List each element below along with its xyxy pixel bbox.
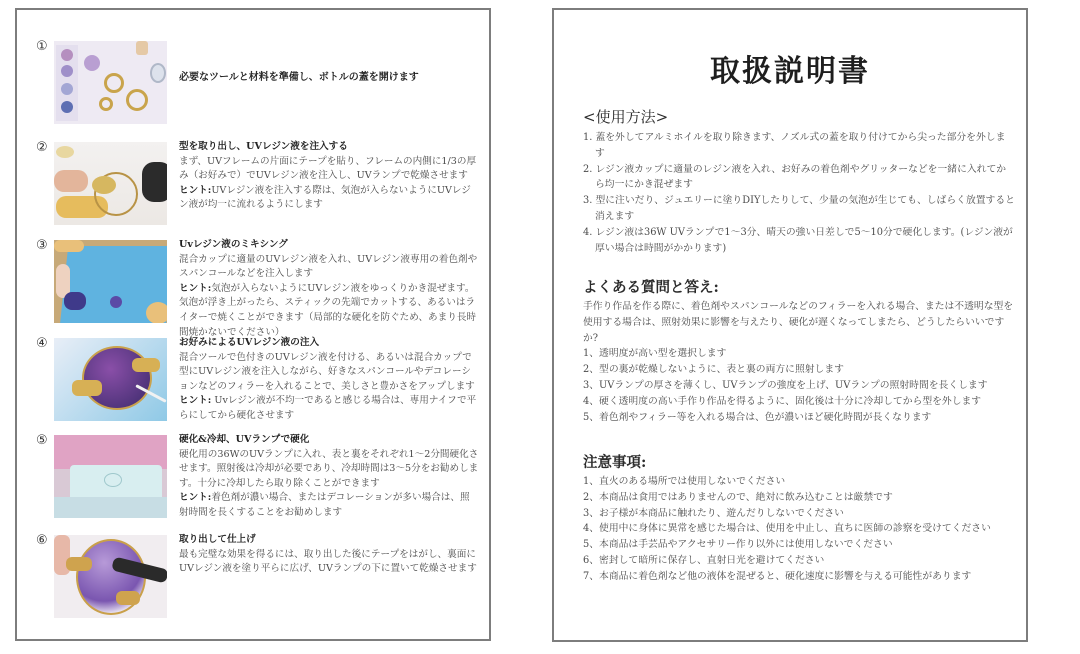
- list-item: 5、本商品は手芸品やアクセサリー作り以外には使用しないでください: [583, 537, 1015, 553]
- list-item: 4、使用中に身体に異常を感じた場合は、使用を中止し、直ちに医師の診察を受けてくだ…: [583, 521, 1015, 537]
- step-body: 硬化用の36WのUVランプに入れ、表と裏をそれぞれ1～2分間硬化させます。照射後…: [179, 448, 479, 492]
- faq-answer: 5、着色剤やフィラー等を入れる場合は、色が濃いほど硬化時間が長くなります: [583, 410, 1015, 426]
- step-body: まず、UVフレームの片面にテープを貼り、フレームの内側に1/3の厚み（お好みで）…: [179, 155, 479, 184]
- step-text: Uvレジン液のミキシング 混合カップに適量のUVレジン液を入れ、UVレジン液専用…: [179, 238, 479, 340]
- step-number: ⑤: [36, 433, 48, 448]
- faq-answer: 4、硬く透明度の高い手作り作品を得るように、固化後は十分に冷却してから型を外しま…: [583, 394, 1015, 410]
- finishing-photo: [54, 535, 167, 618]
- step-number: ①: [36, 39, 48, 54]
- hint-label: ヒント:: [179, 283, 211, 294]
- list-item: 2、本商品は食用ではありませんので、絶対に飲み込むことは厳禁です: [583, 490, 1015, 506]
- step-body: 混合カップに適量のUVレジン液を入れ、UVレジン液専用の着色剤やスパンコールなど…: [179, 253, 479, 282]
- mixing-resin-photo: [54, 240, 167, 323]
- step-body: 混合ツールで色付きのUVレジン液を付ける、あるいは混合カップで型にUVレジン液を…: [179, 351, 479, 395]
- list-item: 1. 蓋を外してアルミホイルを取り除きます、ノズル式の蓋を取り付けてから尖った部…: [583, 130, 1015, 162]
- step-hint: ヒント:UVレジン液を注入する際は、気泡が入らないようにUVレジン液が均一に流れ…: [179, 184, 479, 213]
- list-item: 1、直火のある場所では使用しないでください: [583, 474, 1015, 490]
- tools-and-materials-photo: [54, 41, 167, 124]
- usage-list: 1. 蓋を外してアルミホイルを取り除きます、ノズル式の蓋を取り付けてから尖った部…: [583, 130, 1015, 256]
- step-title: Uvレジン液のミキシング: [179, 238, 479, 253]
- faq-heading: よくある質問と答え:: [583, 276, 719, 297]
- step-hint: ヒント: Uvレジン液が不均一であると感じる場合は、専用ナイフで平らにしてから硬…: [179, 394, 479, 423]
- list-item: 3、お子様が本商品に触れたり、遊んだりしないでください: [583, 506, 1015, 522]
- step-body: 最も完璧な効果を得るには、取り出した後にテープをはがし、裏面にUVレジン液を塗り…: [179, 548, 479, 577]
- hint-label: ヒント:: [179, 185, 211, 196]
- list-item: 3. 型に注いだり、ジュエリーに塗りDIYしたりして、少量の気泡が生じても、しば…: [583, 193, 1015, 225]
- faq-answer: 1、透明度が高い型を選択します: [583, 346, 1015, 362]
- hint-label: ヒント:: [179, 395, 211, 406]
- hint-label: ヒント:: [179, 492, 211, 503]
- step-title: 必要なツールと材料を準備し、ボトルの蓋を開けます: [179, 72, 419, 83]
- step-hint: ヒント:気泡が入らないようにUVレジン液をゆっくりかき混ぜます。気泡が浮き上がっ…: [179, 282, 479, 340]
- step-title: 型を取り出し、UVレジン液を注入する: [179, 140, 479, 155]
- step-hint: ヒント:着色剤が濃い場合、またはデコレーションが多い場合は、照射時間を長くするこ…: [179, 491, 479, 520]
- step-title: お好みによるUVレジン液の注入: [179, 336, 479, 351]
- step-number: ④: [36, 336, 48, 351]
- cautions-heading: 注意事項:: [583, 451, 646, 472]
- page-title: 取扱説明書: [554, 46, 1026, 90]
- list-item: 7、本商品に着色剤など他の液体を混ぜると、硬化速度に影響を与える可能性があります: [583, 569, 1015, 585]
- step-text: 硬化&冷却、UVランプで硬化 硬化用の36WのUVランプに入れ、表と裏をそれぞれ…: [179, 433, 479, 521]
- step-title: 取り出して仕上げ: [179, 533, 479, 548]
- faq-question: 手作り作品を作る際に、着色剤やスパンコールなどのフィラーを入れる場合、または不透…: [583, 299, 1015, 346]
- step-number: ⑥: [36, 533, 48, 548]
- faq-answer: 2、型の裏が乾燥しないように、表と裏の両方に照射します: [583, 362, 1015, 378]
- list-item: 4. レジン液は36W UVランプで1～3分、晴天の強い日差しで5～10分で硬化…: [583, 225, 1015, 257]
- pouring-resin-into-frame-photo: [54, 142, 167, 225]
- step-text: 取り出して仕上げ 最も完璧な効果を得るには、取り出した後にテープをはがし、裏面に…: [179, 533, 479, 577]
- list-item: 6、密封して暗所に保存し、直射日光を避けてください: [583, 553, 1015, 569]
- step-text: 型を取り出し、UVレジン液を注入する まず、UVフレームの片面にテープを貼り、フ…: [179, 140, 479, 213]
- instruction-manual-page: 取扱説明書 <使用方法> 1. 蓋を外してアルミホイルを取り除きます、ノズル式の…: [552, 8, 1028, 642]
- faq-section: 手作り作品を作る際に、着色剤やスパンコールなどのフィラーを入れる場合、または不透…: [583, 299, 1015, 425]
- uv-lamp-curing-photo: [54, 435, 167, 518]
- cautions-list: 1、直火のある場所では使用しないでください 2、本商品は食用ではありませんので、…: [583, 474, 1015, 585]
- faq-answer: 3、UVランプの厚さを薄くし、UVランプの強度を上げ、UVランプの照射時間を長く…: [583, 378, 1015, 394]
- step-number: ③: [36, 238, 48, 253]
- step-text: お好みによるUVレジン液の注入 混合ツールで色付きのUVレジン液を付ける、あるい…: [179, 336, 479, 424]
- step-title: 硬化&冷却、UVランプで硬化: [179, 433, 479, 448]
- instruction-steps-page: ① 必要なツールと材料を準備し、ボトルの蓋を開けます ②: [15, 8, 491, 641]
- usage-heading: <使用方法>: [583, 106, 668, 127]
- adding-colored-resin-photo: [54, 338, 167, 421]
- step-number: ②: [36, 140, 48, 155]
- list-item: 2. レジン液カップに適量のレジン液を入れ、お好みの着色剤やグリッターなどを一緒…: [583, 162, 1015, 194]
